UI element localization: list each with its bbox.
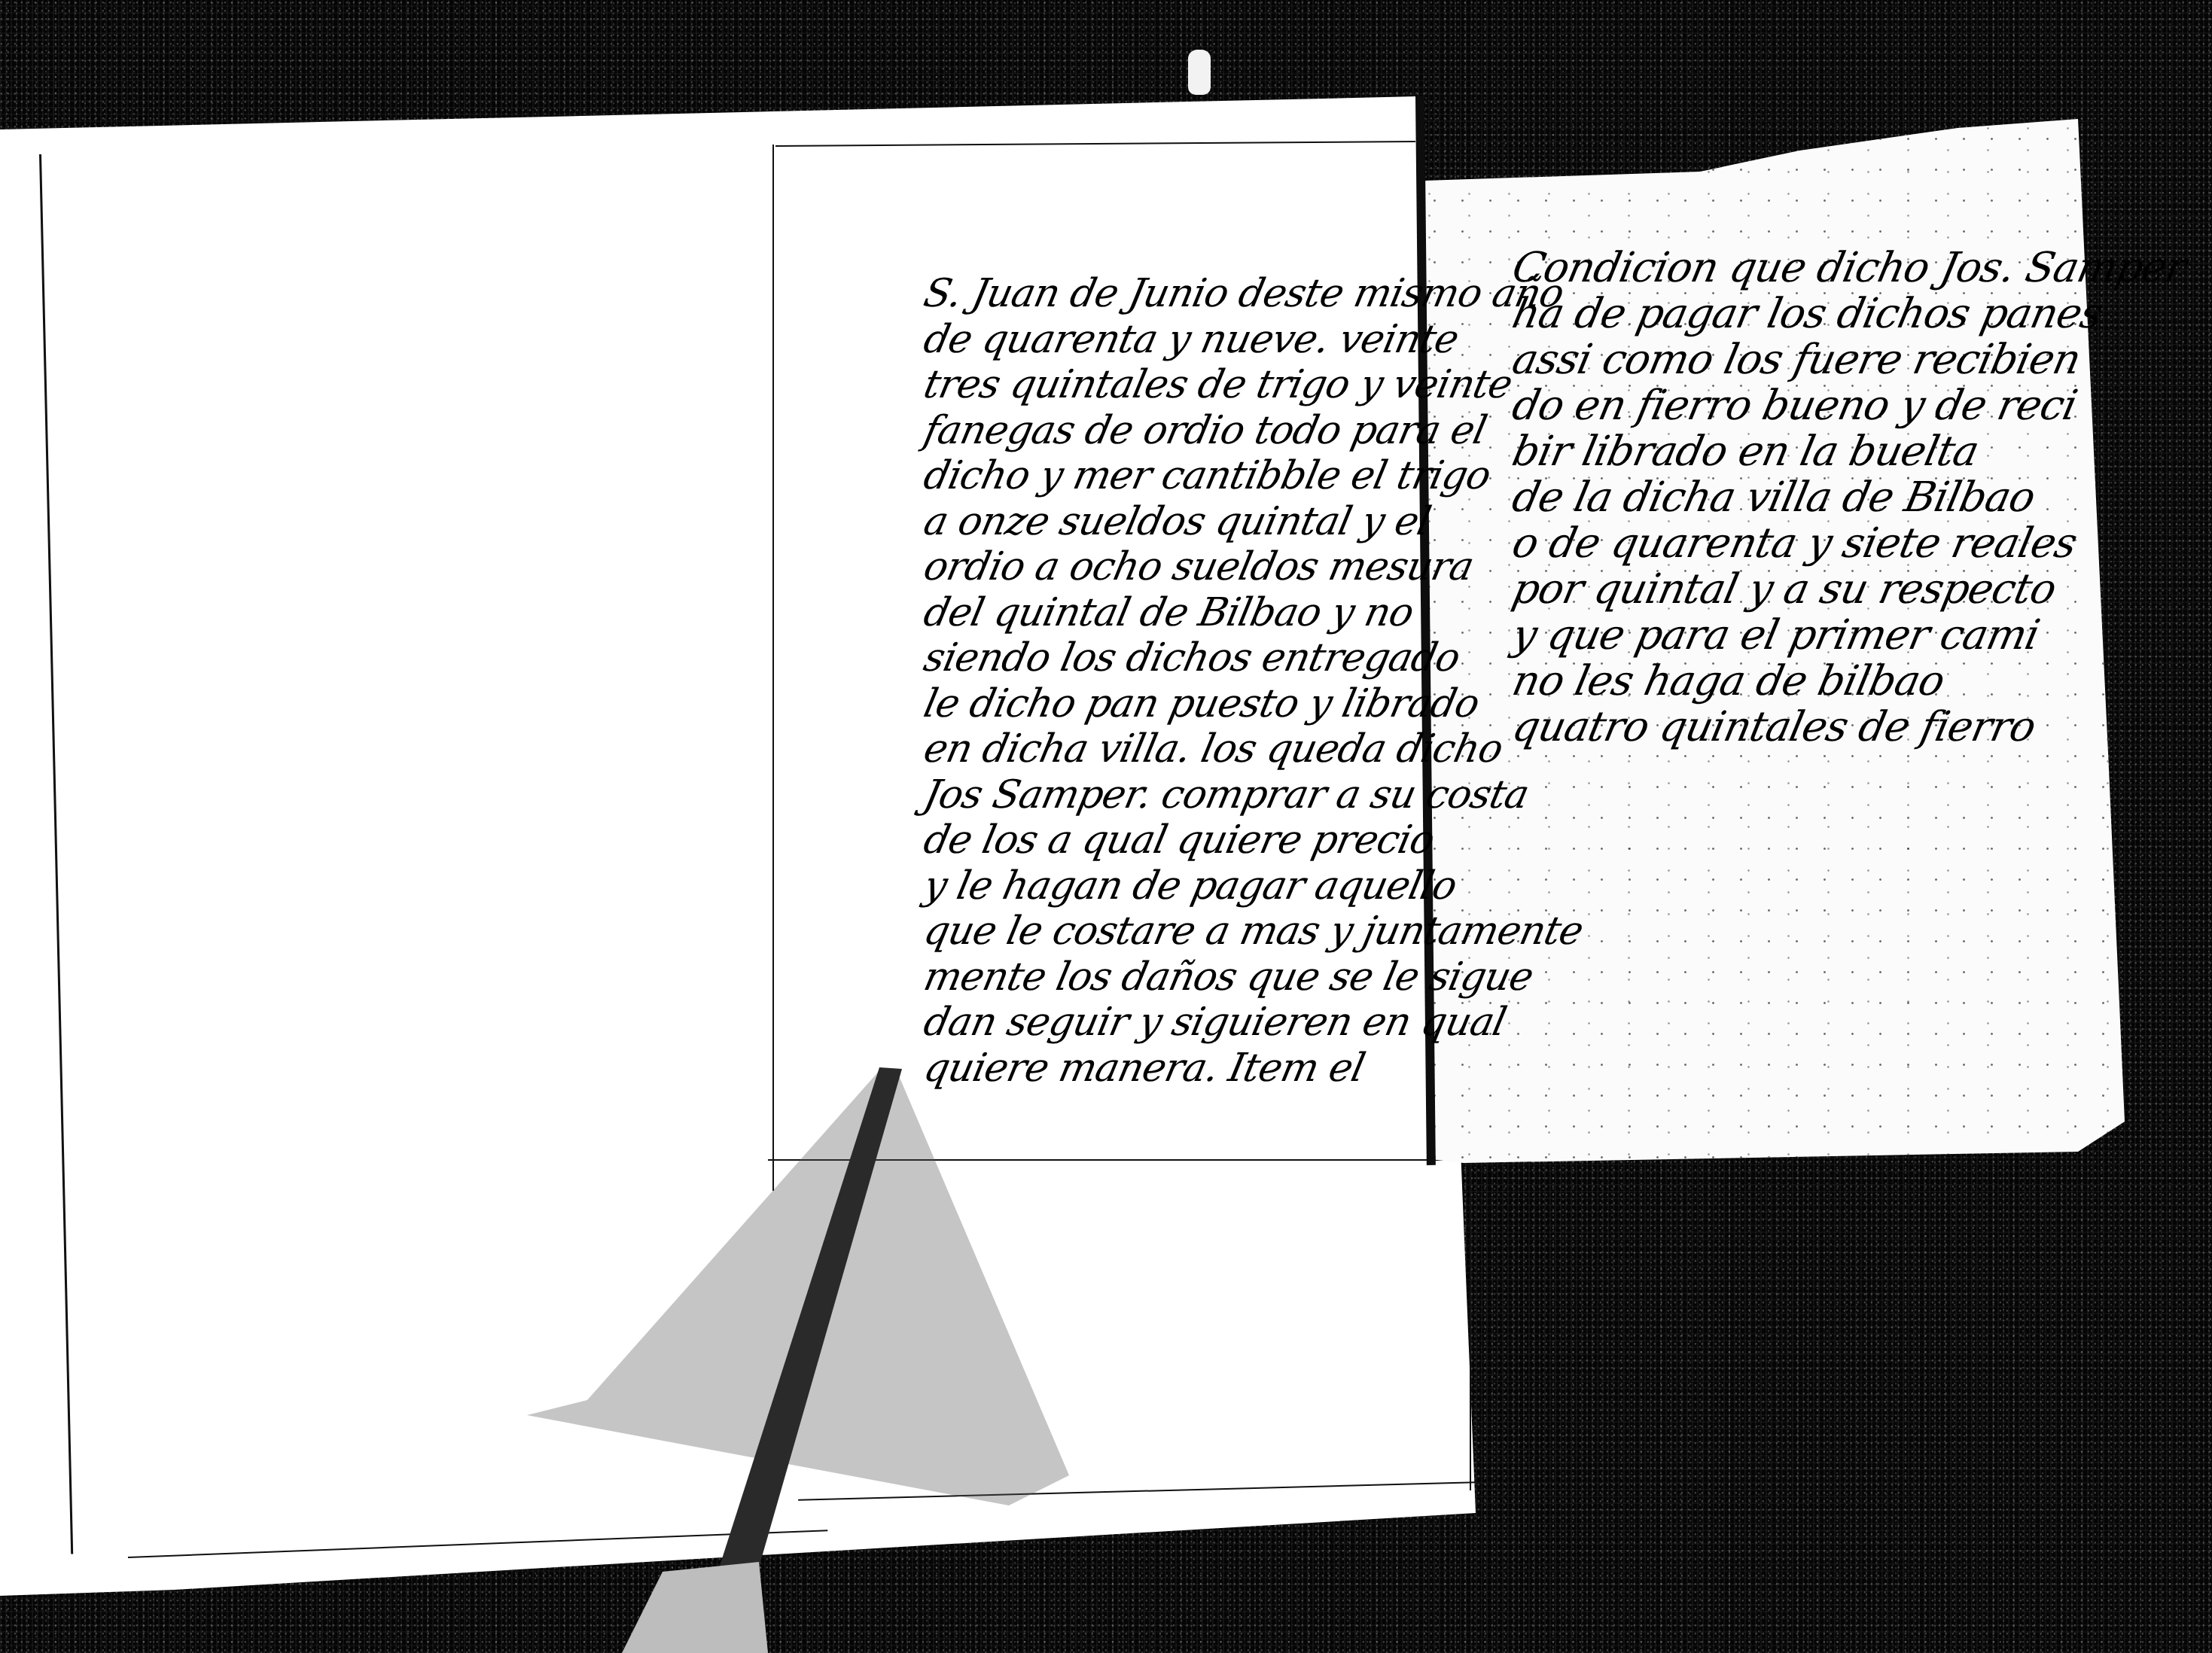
text-line: de los a qual quiere precio: [920, 817, 1434, 863]
text-line: quatro quintales de fierro: [1509, 704, 2121, 750]
left-page-text: S. Juan de Junio deste mismo año de quar…: [925, 271, 1429, 1091]
text-line: de la dicha villa de Bilbao: [1509, 474, 2121, 520]
text-line: a onze sueldos quintal y el: [920, 499, 1434, 545]
text-line: fanegas de ordio todo para el: [920, 408, 1434, 454]
text-line: de quarenta y nueve. veinte: [920, 317, 1434, 363]
text-line: en dicha villa. los queda dicho: [920, 726, 1434, 772]
text-line: por quintal y a su respecto: [1509, 566, 2121, 612]
text-line: Jos Samper. comprar a su costa: [920, 772, 1434, 818]
text-line: ha de pagar los dichos panes: [1509, 291, 2121, 336]
text-line: tres quintales de trigo y veinte: [920, 362, 1434, 408]
right-page-text: Condicion que dicho Jos. Samper ha de pa…: [1513, 245, 2116, 750]
text-line: dan seguir y siguieren en qual: [920, 1000, 1434, 1046]
text-line: bir librado en la buelta: [1509, 428, 2121, 474]
binding-clip-mark: [1188, 50, 1211, 95]
text-line: mente los daños que se le sigue: [920, 954, 1434, 1000]
text-line: ordio a ocho sueldos mesura: [920, 544, 1434, 590]
text-line: y le hagan de pagar aquello: [920, 863, 1434, 909]
text-line: o de quarenta y siete reales: [1509, 520, 2121, 566]
text-line: siendo los dichos entregado: [920, 635, 1434, 681]
text-line: que le costare a mas y juntamente: [920, 909, 1434, 954]
text-line: no les haga de bilbao: [1509, 658, 2121, 704]
text-line: assi como los fuere recibien: [1509, 336, 2121, 382]
manuscript-scan: S. Juan de Junio deste mismo año de quar…: [0, 0, 2212, 1653]
lower-box-right-rule: [1470, 1159, 1471, 1490]
text-line: do en fierro bueno y de reci: [1509, 382, 2121, 428]
text-line: Condicion que dicho Jos. Samper: [1509, 245, 2121, 291]
text-line: del quintal de Bilbao y no: [920, 590, 1434, 636]
text-line: S. Juan de Junio deste mismo año: [920, 271, 1434, 317]
text-line: quiere manera. Item el: [920, 1046, 1434, 1091]
text-line: dicho y mer cantibble el trigo: [920, 453, 1434, 499]
text-line: le dicho pan puesto y librado: [920, 681, 1434, 727]
center-fold-line: [772, 145, 774, 1191]
text-line: y que para el primer cami: [1509, 612, 2121, 658]
